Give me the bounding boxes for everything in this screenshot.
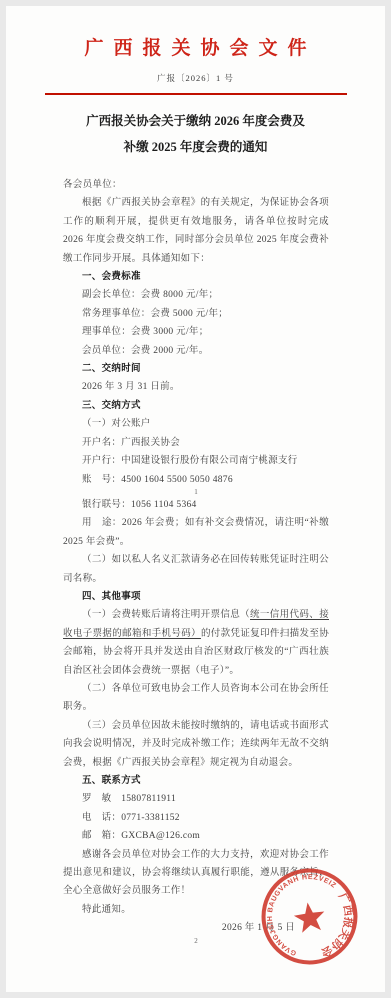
payment-usage: 用 途：2026 年会费；如有补交会费情况，请注明“补缴 2025 年会费”。 — [63, 514, 329, 551]
position-inquiry-note: （二）各单位可致电协会工作人员咨询本公司在协会所任职务。 — [63, 680, 329, 717]
notice-title-line2: 补缴 2025 年度会费的通知 — [124, 140, 268, 154]
fee-item-vice-president: 副会长单位：会费 8000 元/年； — [63, 286, 329, 304]
contact-person: 罗 敏 15807811911 — [63, 790, 329, 808]
payment-deadline: 2026 年 3 月 31 日前。 — [63, 378, 329, 396]
fee-item-director: 理事单位：会费 3000 元/年； — [63, 323, 329, 341]
notice-statement: 特此通知。 — [63, 901, 329, 919]
salutation: 各会员单位： — [63, 176, 329, 194]
fee-item-member: 会员单位：会费 2000 元/年。 — [63, 342, 329, 360]
invoice-instructions-before: （一）会费转账后请将注明开票信息（ — [82, 610, 250, 620]
invoice-instructions: （一）会费转账后请将注明开票信息（统一信用代码、接收电子票据的邮箱和手机号码）的… — [63, 606, 329, 680]
notice-title: 广西报关协会关于缴纳 2026 年度会费及 补缴 2025 年度会费的通知 — [6, 108, 385, 160]
closing-paragraph: 感谢各会员单位对协会工作的大力支持，欢迎对协会工作提出意见和建议，协会将继续认真… — [63, 846, 329, 901]
corporate-account-subheading: （一）对公账户 — [63, 415, 329, 433]
section2-heading: 二、交纳时间 — [63, 360, 329, 378]
section5-heading: 五、联系方式 — [63, 772, 329, 790]
fee-item-standing-director: 常务理事单位：会费 5000 元/年； — [63, 305, 329, 323]
section1-heading: 一、会费标准 — [63, 268, 329, 286]
bank-name: 开户行：中国建设银行股份有限公司南宁桃源支行 — [63, 452, 329, 470]
contact-phone: 电 话：0771-3381152 — [63, 809, 329, 827]
notice-body: 各会员单位： 根据《广西报关协会章程》的有关规定，为保证协会各项工作的顺利开展，… — [63, 176, 329, 945]
header-divider — [45, 93, 347, 95]
issue-date: 2026 年 1 月 5 日 — [63, 919, 329, 937]
section4-heading: 四、其他事项 — [63, 588, 329, 606]
page-number-2: 2 — [63, 938, 329, 945]
contact-email: 邮 箱：GXCBA@126.com — [63, 827, 329, 845]
document-number: 广报〔2026〕1 号 — [6, 72, 385, 84]
scanned-notice-page: 广西报关协会文件 广报〔2026〕1 号 广西报关协会关于缴纳 2026 年度会… — [6, 6, 385, 992]
page-number-1: 1 — [63, 489, 329, 496]
intro-paragraph: 根据《广西报关协会章程》的有关规定，为保证协会各项工作的顺利开展，提供更有效地服… — [63, 194, 329, 268]
bank-code: 银行联号：1056 1104 5364 — [63, 496, 329, 514]
account-name: 开户名：广西报关协会 — [63, 434, 329, 452]
late-payment-note: （三）会员单位因故未能按时缴纳的，请电话或书面形式向我会说明情况，并及时完成补缴… — [63, 717, 329, 772]
personal-remittance-note: （二）如以私人名义汇款请务必在回传转账凭证时注明公司名称。 — [63, 551, 329, 588]
section3-heading: 三、交纳方式 — [63, 397, 329, 415]
account-number: 账 号：4500 1604 5500 5050 4876 — [63, 471, 329, 489]
document-header-title: 广西报关协会文件 — [6, 33, 385, 60]
notice-title-line1: 广西报关协会关于缴纳 2026 年度会费及 — [86, 114, 305, 128]
